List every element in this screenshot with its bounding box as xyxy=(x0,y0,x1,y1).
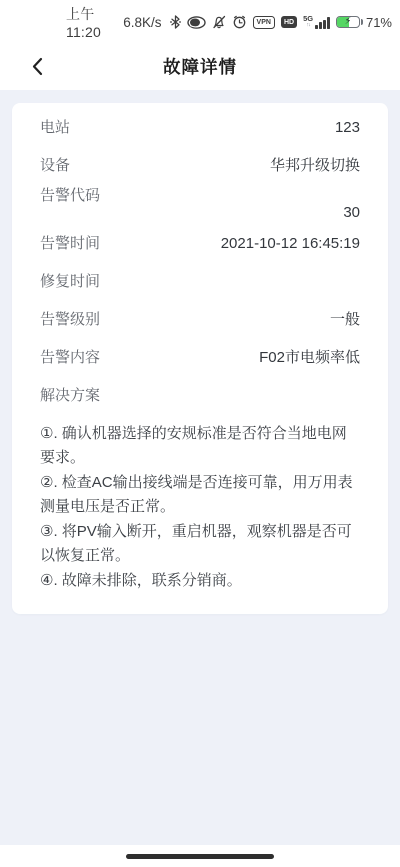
mute-bell-icon xyxy=(212,15,226,29)
back-button[interactable] xyxy=(26,42,49,90)
data-saver-icon xyxy=(187,16,206,29)
home-indicator[interactable] xyxy=(126,854,274,859)
row-label: 设备 xyxy=(40,156,70,176)
status-icons: 6.8K/s xyxy=(123,15,392,30)
signal-5g-icon: 5G ↑↓ xyxy=(303,15,330,29)
detail-row-alarm-code: 告警代码 30 xyxy=(40,185,360,225)
charging-bolt-icon: ⚡ xyxy=(336,15,360,29)
vpn-badge: VPN xyxy=(253,16,275,29)
content-area: 电站 123 设备 华邦升级切换 告警代码 30 告警时间 2021-10-12… xyxy=(0,90,400,845)
detail-row-station: 电站 123 xyxy=(40,109,360,147)
clock-time: 上午11:20 xyxy=(66,4,123,40)
detail-row-alarm-content: 告警内容 F02市电频率低 xyxy=(40,339,360,377)
solution-step: ③. 将PV输入断开，重启机器，观察机器是否可以恢复正常。 xyxy=(40,520,360,568)
status-bar: 上午11:20 6.8K/s xyxy=(0,0,400,42)
solution-step: ①. 确认机器选择的安规标准是否符合当地电网要求。 xyxy=(40,422,360,470)
gesture-bar-area xyxy=(0,845,400,867)
row-value: F02市电频率低 xyxy=(259,348,360,368)
detail-row-alarm-time: 告警时间 2021-10-12 16:45:19 xyxy=(40,225,360,263)
row-value: 30 xyxy=(40,204,360,221)
detail-row-device: 设备 华邦升级切换 xyxy=(40,147,360,185)
row-label: 告警级别 xyxy=(40,310,100,330)
fault-detail-card: 电站 123 设备 华邦升级切换 告警代码 30 告警时间 2021-10-12… xyxy=(12,103,388,614)
chevron-left-icon xyxy=(32,57,43,76)
detail-row-alarm-level: 告警级别 一般 xyxy=(40,301,360,339)
nav-bar: 故障详情 xyxy=(0,42,400,90)
bluetooth-icon xyxy=(170,15,181,29)
solution-step: ②. 检查AC输出接线端是否连接可靠，用万用表测量电压是否正常。 xyxy=(40,471,360,519)
row-label: 解决方案 xyxy=(40,386,100,406)
solution-steps: ①. 确认机器选择的安规标准是否符合当地电网要求。 ②. 检查AC输出接线端是否… xyxy=(40,422,360,593)
row-label: 告警代码 xyxy=(40,187,360,204)
network-speed: 6.8K/s xyxy=(123,15,161,30)
row-value: 华邦升级切换 xyxy=(270,156,360,176)
detail-row-solution-header: 解决方案 xyxy=(40,377,360,415)
row-label: 告警时间 xyxy=(40,234,100,254)
row-label: 修复时间 xyxy=(40,272,100,292)
signal-arrows-icon: ↑↓ xyxy=(306,23,310,29)
solution-step: ④. 故障未排除，联系分销商。 xyxy=(40,569,360,593)
row-label: 告警内容 xyxy=(40,348,100,368)
hd-badge: HD xyxy=(281,16,297,28)
page-title: 故障详情 xyxy=(163,54,237,79)
row-label: 电站 xyxy=(40,118,70,138)
battery-icon: ⚡ xyxy=(336,16,360,29)
battery-percent: 71% xyxy=(366,15,392,30)
row-value: 一般 xyxy=(330,310,360,330)
signal-bars-icon xyxy=(315,17,330,29)
row-value: 2021-10-12 16:45:19 xyxy=(221,234,360,254)
row-value: 123 xyxy=(335,118,360,138)
detail-row-repair-time: 修复时间 xyxy=(40,263,360,301)
alarm-clock-icon xyxy=(232,15,247,29)
